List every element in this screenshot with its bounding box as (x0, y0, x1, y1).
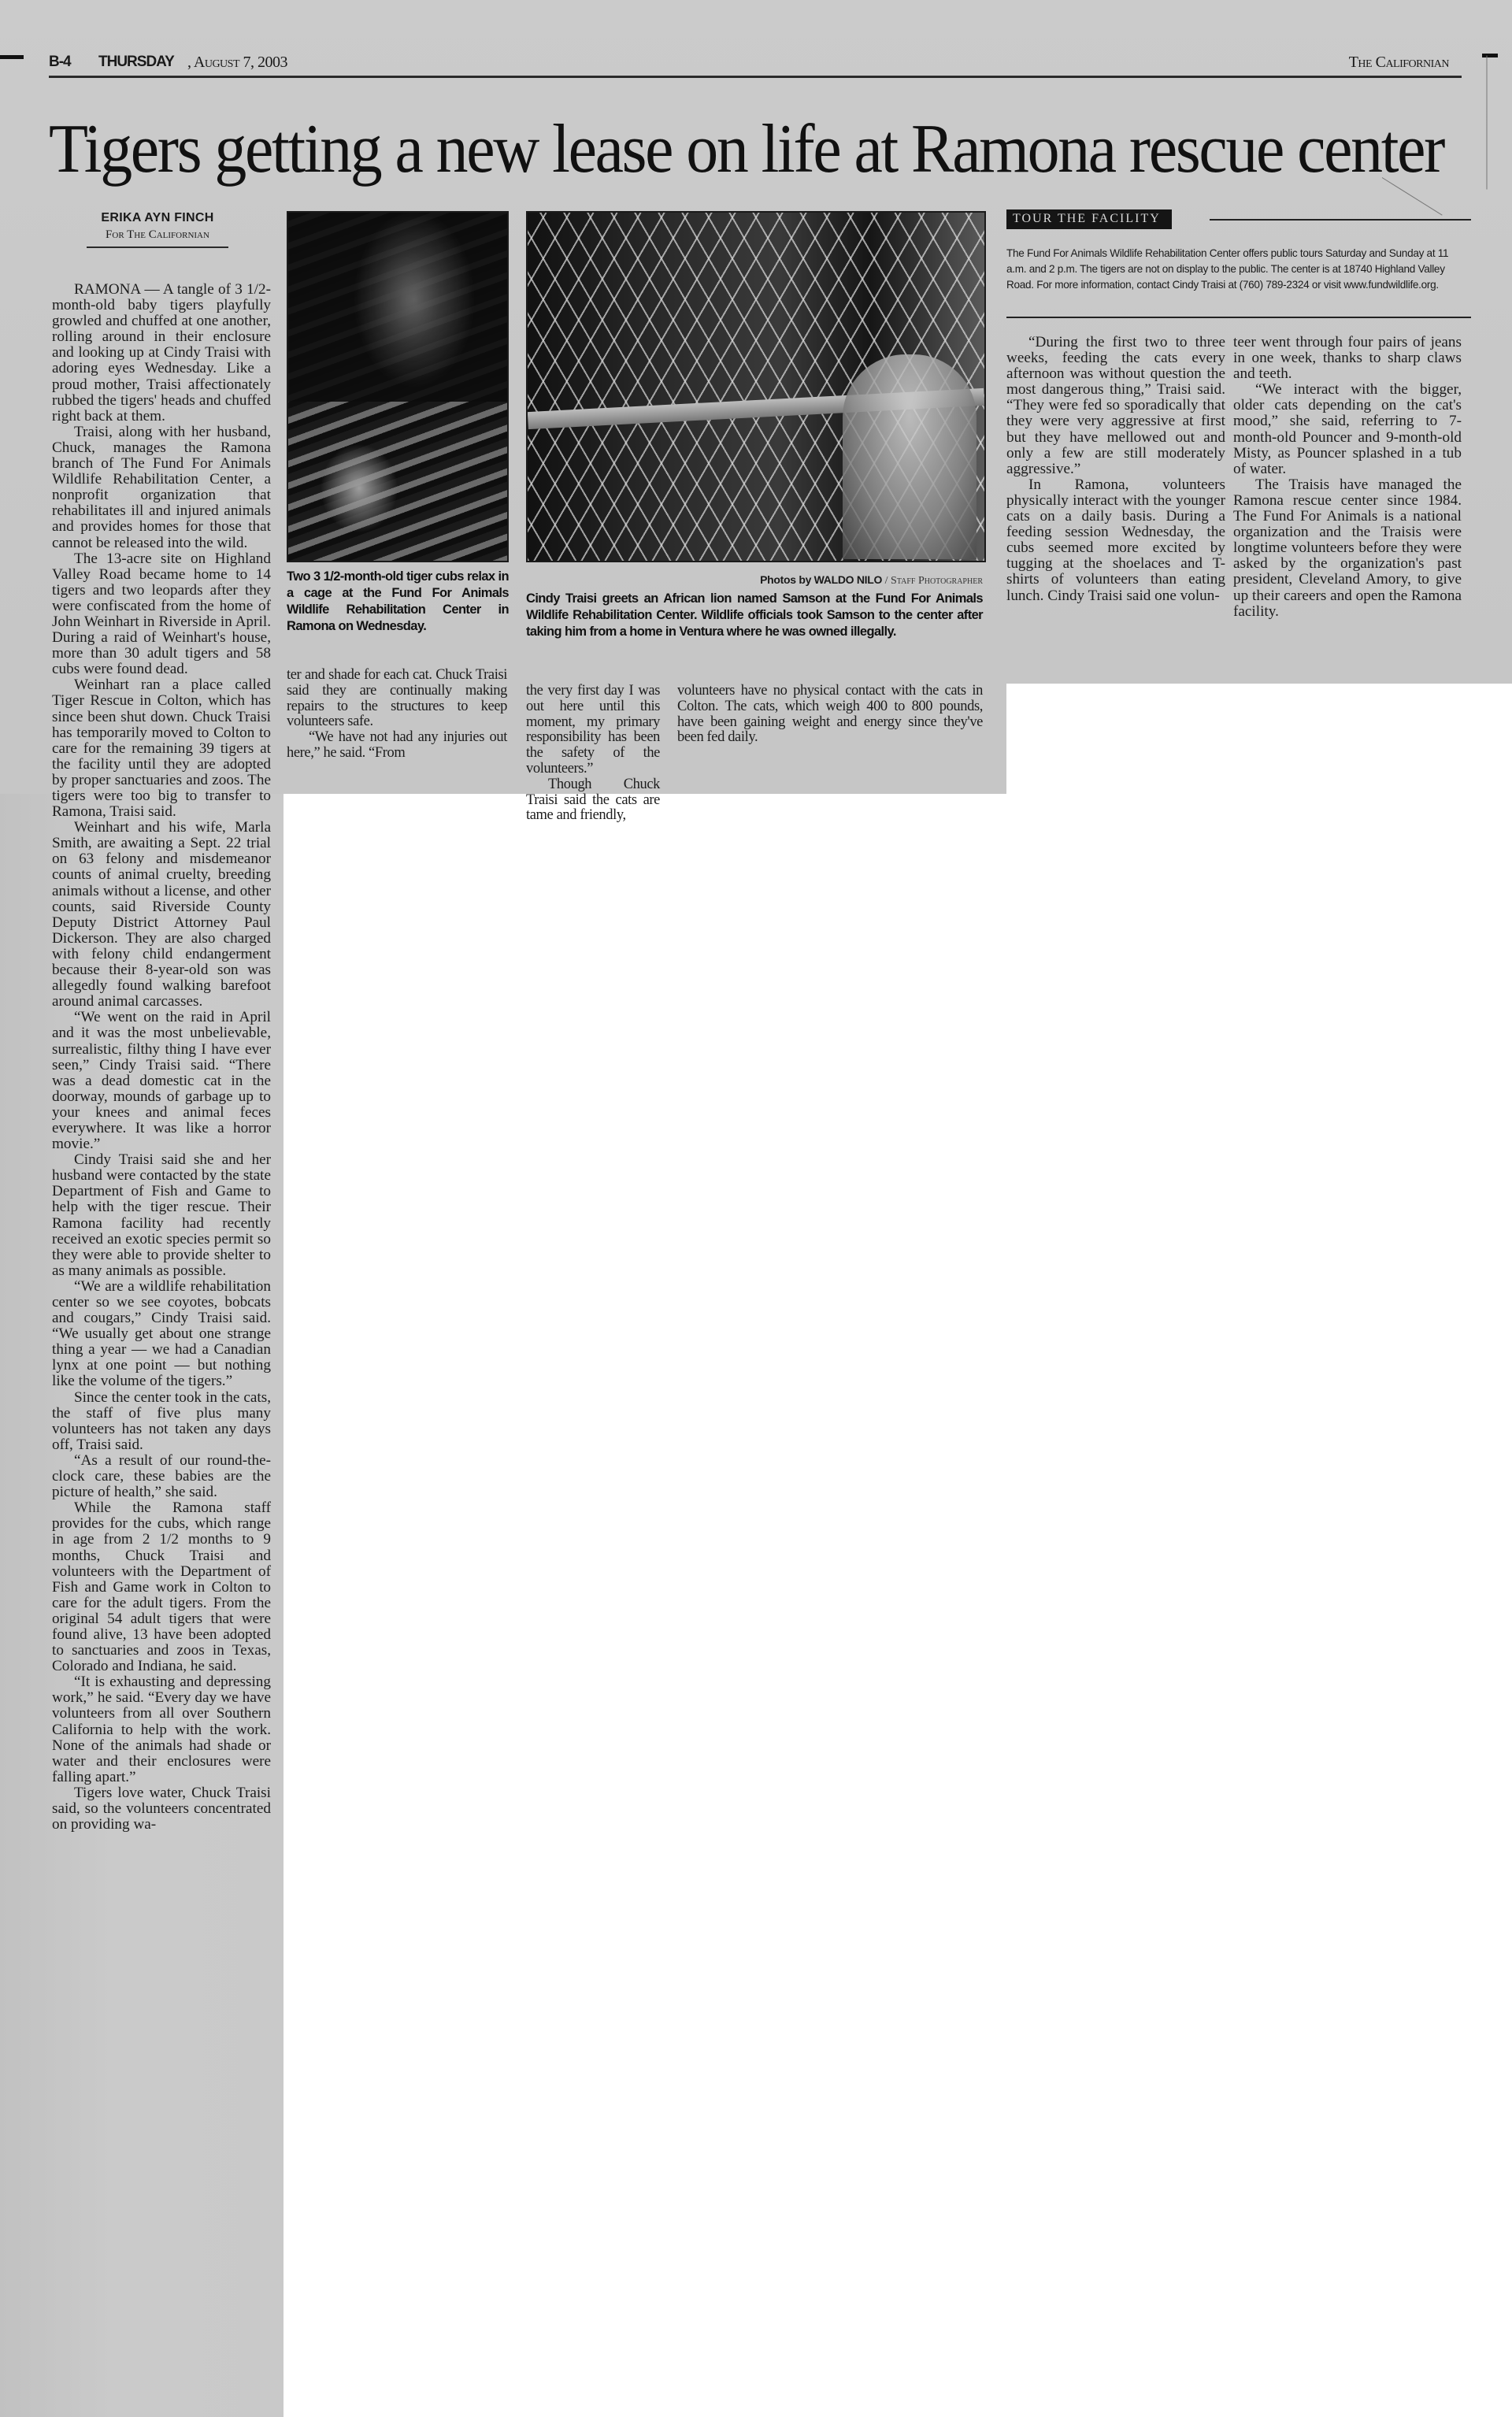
registration-mark-right (1482, 54, 1498, 57)
paragraph: Though Chuck Traisi said the cats are ta… (526, 777, 660, 824)
article-column-4: volunteers have no physical contact with… (677, 684, 983, 746)
paragraph: “During the first two to three weeks, fe… (1006, 335, 1225, 477)
paragraph: Weinhart and his wife, Marla Smith, are … (52, 820, 271, 1010)
sidebar-text: The Fund For Animals Wildlife Rehabilita… (1006, 246, 1467, 293)
paragraph: “We interact with the bigger, older cats… (1233, 382, 1462, 477)
byline: ERIKA AYN FINCH For The Californian (87, 211, 228, 248)
lion-greeting-photo (526, 211, 986, 562)
paragraph: Weinhart ran a place called Tiger Rescue… (52, 677, 271, 820)
photo-credit: Photos by WALDO NILO / Staff Photographe… (526, 573, 983, 588)
paragraph: volunteers have no physical contact with… (677, 684, 983, 746)
paragraph: teer went through four pairs of jeans in… (1233, 335, 1462, 382)
tiger-cubs-photo (287, 211, 509, 562)
paragraph: “As a result of our round-the-clock care… (52, 1453, 271, 1500)
article-headline: Tigers getting a new lease on life at Ra… (49, 110, 1367, 189)
page-number: B-4 (49, 54, 71, 71)
byline-affiliation: For The Californian (87, 228, 228, 248)
paragraph: In Ramona, volunteers physically interac… (1006, 477, 1225, 604)
article-column-3: the very first day I was out here until … (526, 684, 660, 824)
paragraph: RAMONA — A tangle of 3 1/2-month-old bab… (52, 282, 271, 424)
article-column-1: RAMONA — A tangle of 3 1/2-month-old bab… (52, 282, 271, 1833)
scan-crease-line (1487, 56, 1488, 190)
sidebar-header-rule (1210, 219, 1471, 221)
paragraph: Since the center took in the cats, the s… (52, 1390, 271, 1453)
paragraph: the very first day I was out here until … (526, 684, 660, 777)
folio-date: , August 7, 2003 (187, 54, 287, 72)
photo-credit-name: Photos by WALDO NILO (760, 573, 882, 586)
paragraph: “We are a wildlife rehabilitation center… (52, 1279, 271, 1390)
paragraph: While the Ramona staff provides for the … (52, 1500, 271, 1674)
sidebar-header: TOUR THE FACILITY (1006, 209, 1471, 225)
article-column-2: ter and shade for each cat. Chuck Traisi… (287, 668, 507, 762)
registration-mark-left (0, 55, 24, 59)
tiger-cubs-caption: Two 3 1/2-month-old tiger cubs relax in … (287, 569, 509, 635)
sidebar-bottom-rule (1006, 317, 1471, 318)
paragraph: The Traisis have managed the Ramona resc… (1233, 477, 1462, 620)
newspaper-name: The Californian (1349, 54, 1449, 72)
paragraph: Tigers love water, Chuck Traisi said, so… (52, 1785, 271, 1833)
paragraph: “We went on the raid in April and it was… (52, 1010, 271, 1152)
page-folio: B-4 THURSDAY , August 7, 2003 The Califo… (49, 49, 1462, 78)
article-column-5: “During the first two to three weeks, fe… (1006, 335, 1225, 604)
photo-credit-role: / Staff Photographer (882, 575, 983, 587)
byline-author: ERIKA AYN FINCH (87, 211, 228, 225)
sidebar-label: TOUR THE FACILITY (1006, 209, 1172, 229)
folio-day: THURSDAY (98, 54, 174, 71)
lion-caption: Cindy Traisi greets an African lion name… (526, 591, 983, 640)
paragraph: ter and shade for each cat. Chuck Traisi… (287, 668, 507, 730)
paragraph: The 13-acre site on Highland Valley Road… (52, 551, 271, 678)
paragraph: Traisi, along with her husband, Chuck, m… (52, 424, 271, 551)
paragraph: “It is exhausting and depressing work,” … (52, 1674, 271, 1785)
paragraph: “We have not had any injuries out here,”… (287, 730, 507, 762)
paragraph: Cindy Traisi said she and her husband we… (52, 1152, 271, 1279)
article-column-6: teer went through four pairs of jeans in… (1233, 335, 1462, 620)
